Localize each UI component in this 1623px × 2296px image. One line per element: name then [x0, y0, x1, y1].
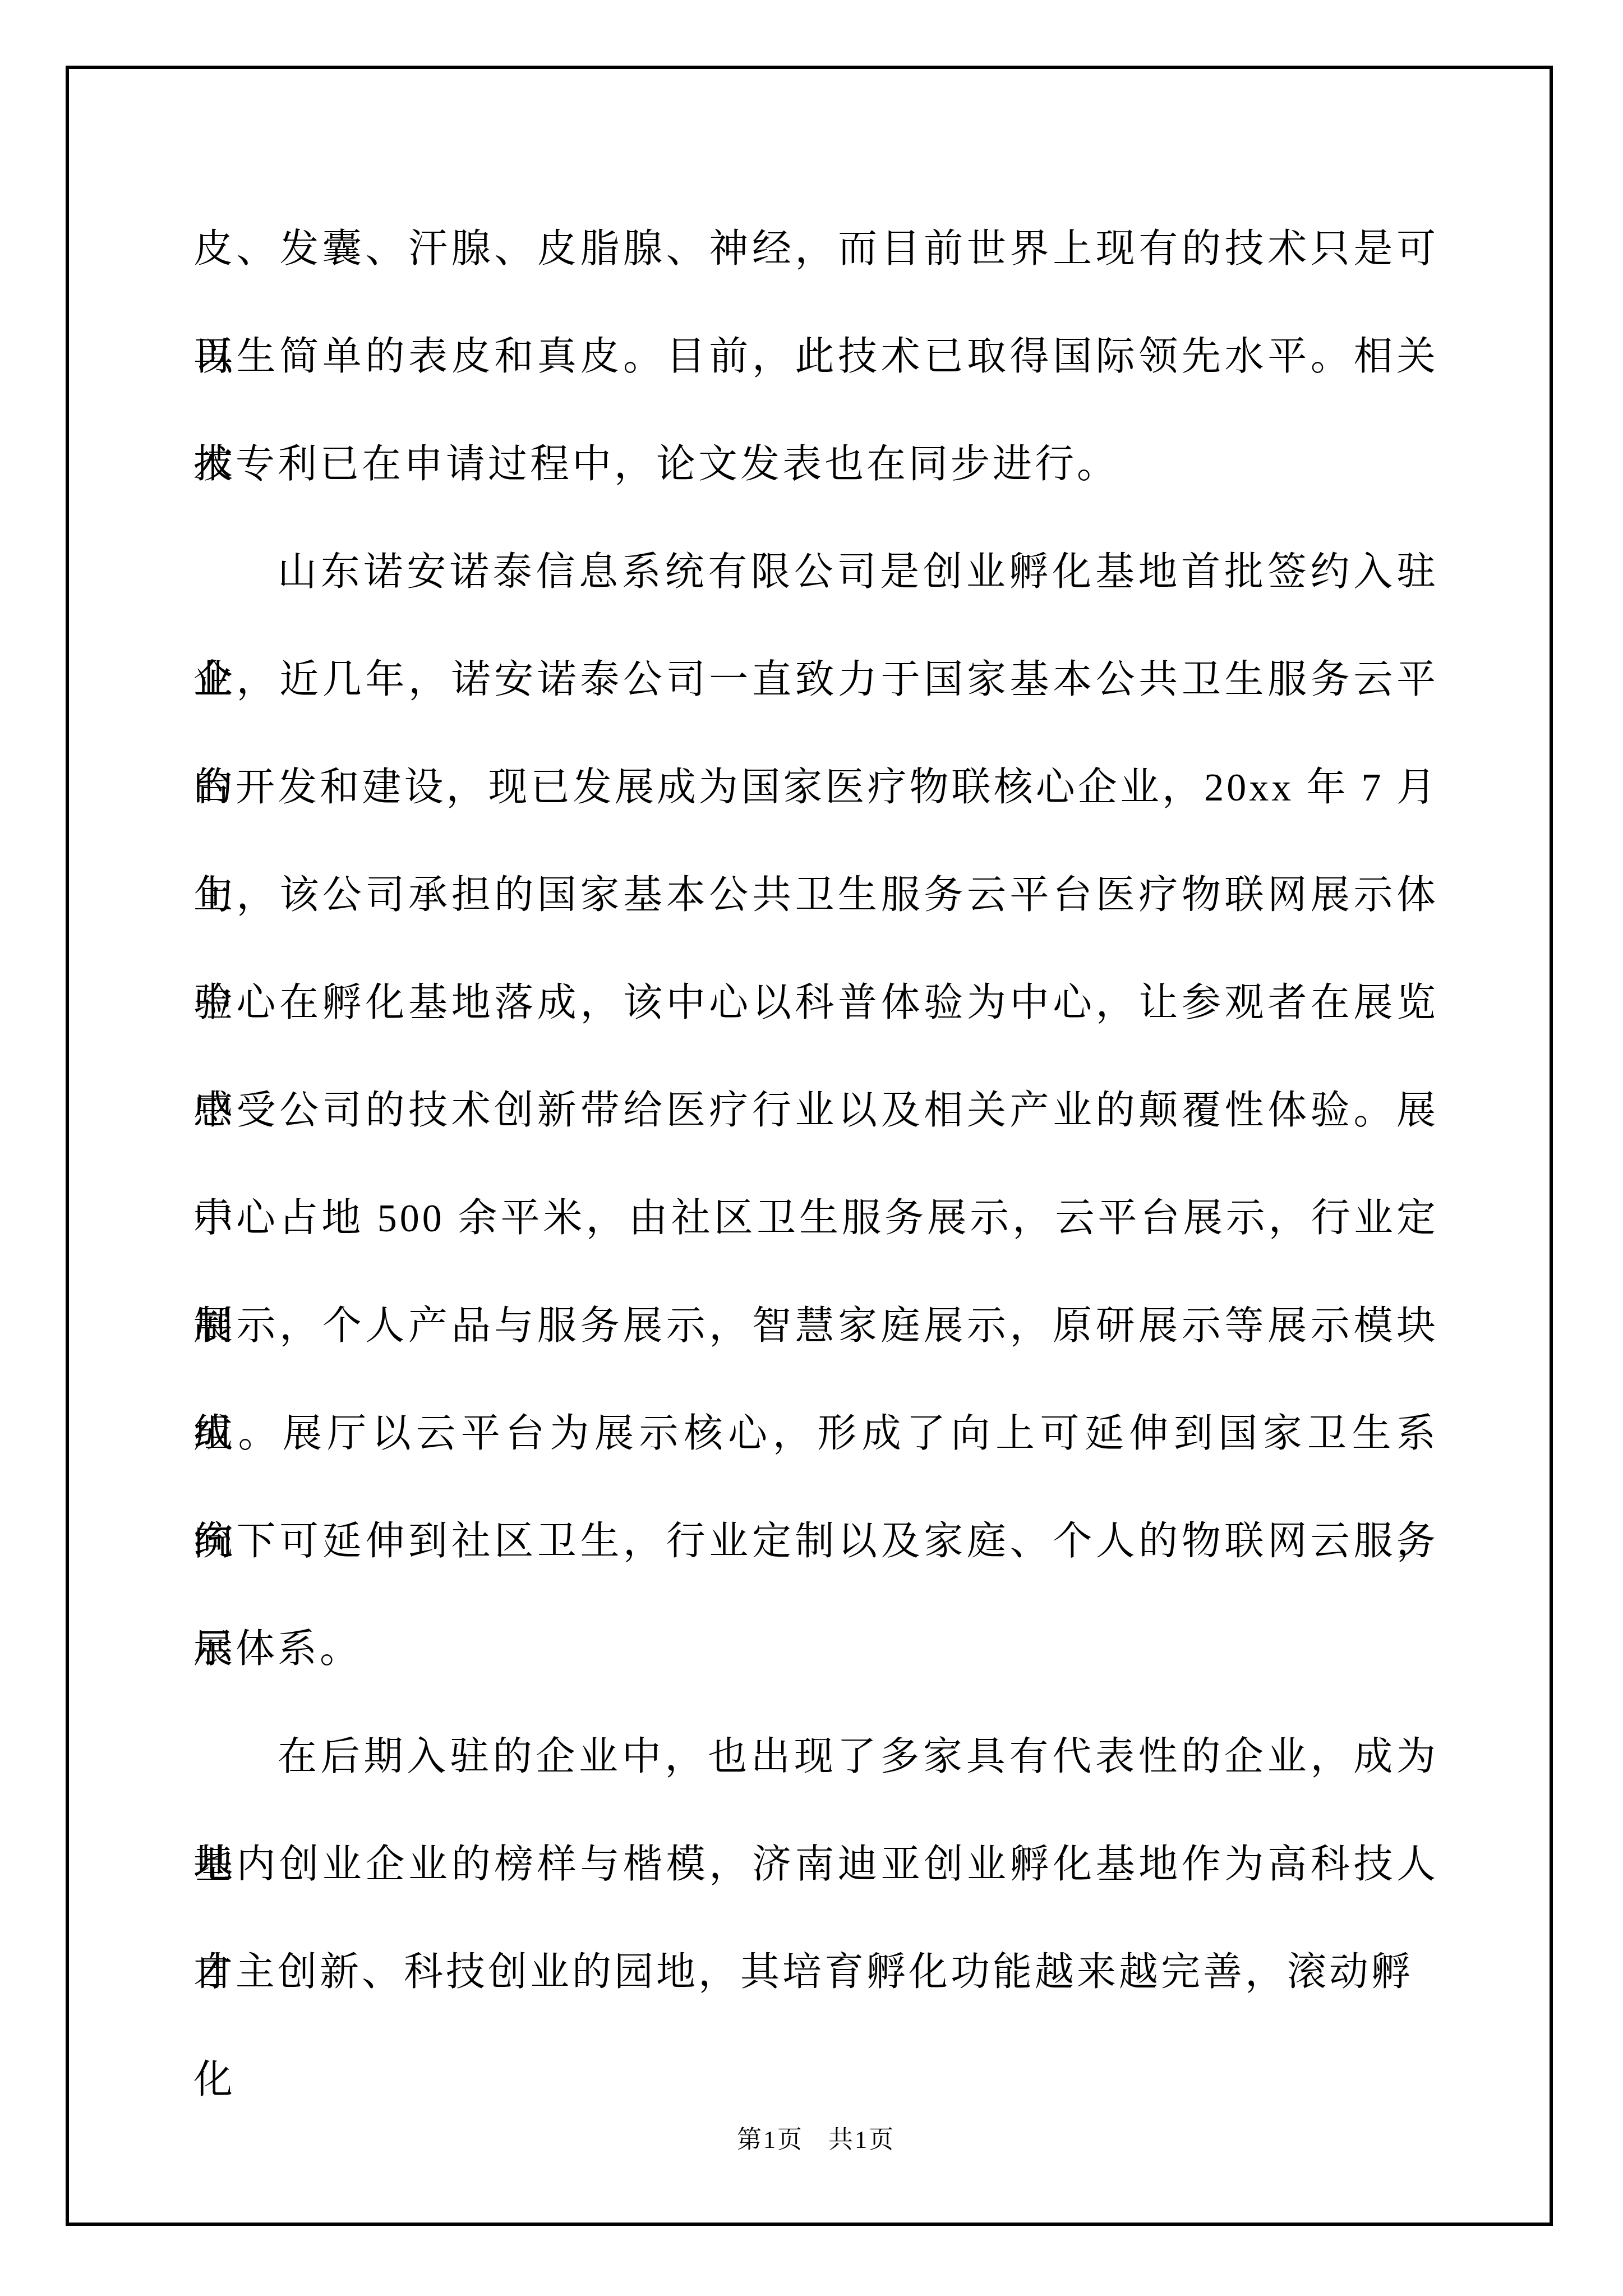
text-line: 在后期入驻的企业中，也出现了多家具有代表性的企业，成为基 [193, 1704, 1438, 1811]
text-line: 成。展厅以云平台为展示核心，形成了向上可延伸到国家卫生系统， [193, 1381, 1438, 1488]
text-line: 山东诺安诺泰信息系统有限公司是创业孵化基地首批签约入驻企 [193, 519, 1438, 627]
text-line: 术专利已在申请过程中，论文发表也在同步进行。 [193, 411, 1438, 519]
text-line: 向下可延伸到社区卫生，行业定制以及家庭、个人的物联网云服务展 [193, 1488, 1438, 1596]
document-page: 皮、发囊、汗腺、皮脂腺、神经，而目前世界上现有的技术只是可以 再生简单的表皮和真… [0, 0, 1623, 2296]
text-line: 感受公司的技术创新带给医疗行业以及相关产业的颠覆性体验。展示 [193, 1057, 1438, 1165]
text-line: 皮、发囊、汗腺、皮脂腺、神经，而目前世界上现有的技术只是可以 [193, 196, 1438, 303]
text-line: 中心在孵化基地落成，该中心以科普体验为中心，让参观者在展览中 [193, 950, 1438, 1057]
footer-page-number: 第1页 [737, 2126, 804, 2154]
document-body: 皮、发囊、汗腺、皮脂腺、神经，而目前世界上现有的技术只是可以 再生简单的表皮和真… [193, 196, 1438, 2027]
text-line: 展示，个人产品与服务展示，智慧家庭展示，原研展示等展示模块组 [193, 1273, 1438, 1381]
text-line: 示体系。 [193, 1596, 1438, 1704]
text-line: 的开发和建设，现已发展成为国家医疗物联核心企业，20xx 年 7 月上 [193, 734, 1438, 842]
page-footer: 第1页共1页 [193, 2122, 1438, 2159]
text-line: 中心占地 500 余平米，由社区卫生服务展示，云平台展示，行业定制 [193, 1165, 1438, 1273]
text-line: 地内创业企业的榜样与楷模，济南迪亚创业孵化基地作为高科技人才 [193, 1811, 1438, 1919]
text-line: 再生简单的表皮和真皮。目前，此技术已取得国际领先水平。相关技 [193, 303, 1438, 411]
text-line: 旬，该公司承担的国家基本公共卫生服务云平台医疗物联网展示体验 [193, 842, 1438, 950]
text-line: 自主创新、科技创业的园地，其培育孵化功能越来越完善，滚动孵化 [193, 1919, 1438, 2027]
footer-page-total: 共1页 [828, 2126, 895, 2154]
text-line: 业，近几年，诺安诺泰公司一直致力于国家基本公共卫生服务云平台 [193, 627, 1438, 734]
